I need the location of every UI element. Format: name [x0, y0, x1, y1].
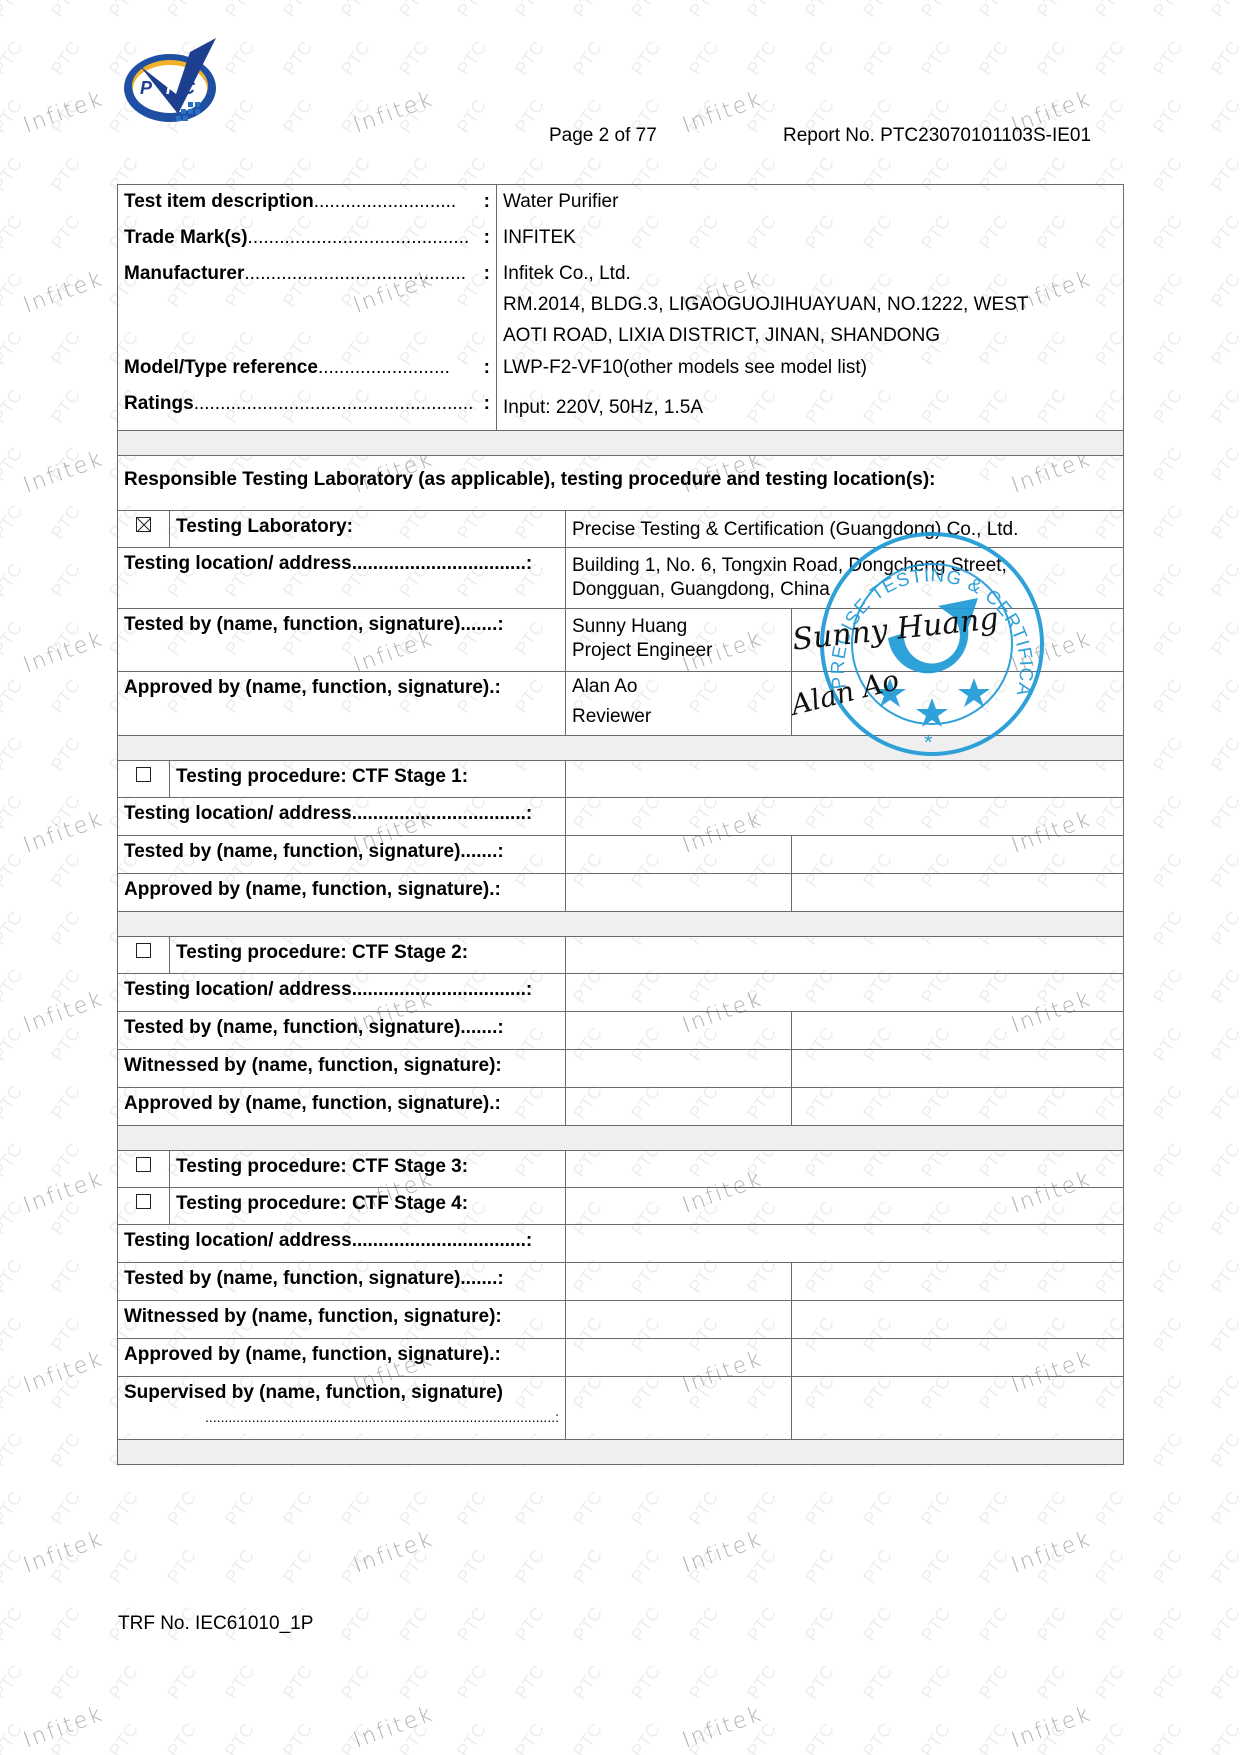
report-info-table: Test item description...................…: [117, 184, 1124, 1465]
watermark-ptc: PTC: [279, 1546, 317, 1588]
watermark-infitek: Infitek: [350, 87, 437, 139]
watermark-infitek: Infitek: [20, 87, 107, 139]
watermark-ptc: PTC: [1207, 850, 1241, 892]
svg-text:P: P: [140, 78, 153, 98]
ptc-logo: P T C: [120, 36, 228, 126]
ctf1-title-row: Testing procedure: CTF Stage 1:: [118, 760, 1123, 797]
watermark-ptc: PTC: [0, 966, 27, 1008]
testing-lab-checkbox[interactable]: [136, 517, 151, 532]
tested-by-function: Project Engineer: [572, 639, 785, 663]
watermark-ptc: PTC: [511, 1488, 549, 1530]
testing-lab-label: Testing Laboratory:: [169, 511, 565, 547]
watermark-ptc: PTC: [0, 1256, 27, 1298]
watermark-ptc: PTC: [917, 1488, 955, 1530]
approved-by-person: Alan Ao: [572, 672, 785, 702]
watermark-ptc: PTC: [1207, 502, 1241, 544]
trf-number: TRF No. IEC61010_1P: [118, 1613, 313, 1635]
ctf2-witnessed-label: Witnessed by (name, function, signature)…: [118, 1050, 565, 1087]
watermark-ptc: PTC: [47, 502, 85, 544]
label-trade-mark: Trade Mark(s)...........................…: [124, 226, 490, 262]
watermark-ptc: PTC: [685, 1604, 723, 1646]
watermark-ptc: PTC: [1149, 328, 1187, 370]
watermark-infitek: Infitek: [20, 1702, 107, 1754]
watermark-ptc: PTC: [627, 38, 665, 80]
watermark-ptc: PTC: [569, 1720, 607, 1755]
watermark-ptc: PTC: [1207, 734, 1241, 776]
watermark-ptc: PTC: [627, 0, 665, 21]
value-test-item: Water Purifier: [503, 190, 1117, 226]
watermark-ptc: PTC: [279, 38, 317, 80]
watermark-ptc: PTC: [1033, 1662, 1071, 1704]
watermark-ptc: PTC: [47, 966, 85, 1008]
watermark-ptc: PTC: [1149, 676, 1187, 718]
ctf1-tested-label: Tested by (name, function, signature)...…: [118, 836, 565, 873]
watermark-ptc: PTC: [1207, 96, 1241, 138]
watermark-ptc: PTC: [1207, 154, 1241, 196]
watermark-ptc: PTC: [801, 0, 839, 21]
watermark-ptc: PTC: [47, 96, 85, 138]
watermark-ptc: PTC: [453, 1604, 491, 1646]
ctf2-location-value: [565, 974, 1123, 1011]
watermark-ptc: PTC: [627, 1604, 665, 1646]
watermark-ptc: PTC: [569, 1662, 607, 1704]
watermark-ptc: PTC: [47, 154, 85, 196]
watermark-ptc: PTC: [0, 560, 27, 602]
ctf4-checkbox-cell: [118, 1188, 169, 1224]
watermark-ptc: PTC: [395, 1720, 433, 1755]
watermark-ptc: PTC: [975, 1662, 1013, 1704]
watermark-ptc: PTC: [1091, 38, 1129, 80]
watermark-ptc: PTC: [685, 96, 723, 138]
watermark-ptc: PTC: [221, 1720, 259, 1755]
ctf34-witnessed-signature: [791, 1301, 1123, 1338]
ctf34-tested-signature: [791, 1263, 1123, 1300]
watermark-ptc: PTC: [337, 96, 375, 138]
watermark-ptc: PTC: [511, 1604, 549, 1646]
item-info-labels: Test item description...................…: [118, 185, 496, 430]
watermark-ptc: PTC: [1033, 1604, 1071, 1646]
watermark-ptc: PTC: [337, 1662, 375, 1704]
watermark-ptc: PTC: [975, 38, 1013, 80]
watermark-ptc: PTC: [627, 1720, 665, 1755]
watermark-ptc: PTC: [917, 38, 955, 80]
ctf34-supervised-label: Supervised by (name, function, signature…: [118, 1377, 565, 1439]
watermark-ptc: PTC: [453, 1488, 491, 1530]
watermark-ptc: PTC: [1207, 618, 1241, 660]
item-info-values: Water Purifier INFITEK Infitek Co., Ltd.…: [496, 185, 1123, 430]
watermark-ptc: PTC: [47, 1372, 85, 1414]
watermark-ptc: PTC: [685, 1720, 723, 1755]
watermark-ptc: PTC: [685, 1488, 723, 1530]
watermark-ptc: PTC: [1033, 0, 1071, 21]
section-title: Responsible Testing Laboratory (as appli…: [118, 456, 1123, 510]
watermark-ptc: PTC: [0, 38, 27, 80]
ctf2-checkbox-cell: [118, 937, 169, 973]
testing-lab-checkbox-cell: [118, 511, 169, 547]
watermark-ptc: PTC: [743, 96, 781, 138]
watermark-ptc: PTC: [1091, 1604, 1129, 1646]
watermark-ptc: PTC: [1149, 618, 1187, 660]
watermark-ptc: PTC: [47, 560, 85, 602]
watermark-ptc: PTC: [801, 38, 839, 80]
watermark-ptc: PTC: [569, 1546, 607, 1588]
watermark-ptc: PTC: [279, 96, 317, 138]
ctf34-approved-label: Approved by (name, function, signature).…: [118, 1339, 565, 1376]
ctf1-approved-signature: [791, 874, 1123, 911]
label-model: Model/Type reference....................…: [124, 356, 490, 392]
watermark-ptc: PTC: [0, 1198, 27, 1240]
ctf34-approved-name: [565, 1339, 791, 1376]
watermark-ptc: PTC: [163, 1546, 201, 1588]
ctf2-checkbox[interactable]: [136, 943, 151, 958]
ctf1-tested-signature: [791, 836, 1123, 873]
tested-by-person: Sunny Huang: [572, 615, 785, 639]
watermark-ptc: PTC: [0, 386, 27, 428]
watermark-ptc: PTC: [453, 38, 491, 80]
ctf2-tested-signature: [791, 1012, 1123, 1049]
watermark-ptc: PTC: [1149, 96, 1187, 138]
watermark-ptc: PTC: [0, 850, 27, 892]
watermark-ptc: PTC: [1207, 1024, 1241, 1066]
watermark-ptc: PTC: [1207, 560, 1241, 602]
ctf34-location-row: Testing location/ address...............…: [118, 1224, 1123, 1262]
watermark-ptc: PTC: [1149, 386, 1187, 428]
watermark-ptc: PTC: [279, 1488, 317, 1530]
watermark-ptc: PTC: [337, 1720, 375, 1755]
watermark-ptc: PTC: [221, 1488, 259, 1530]
watermark-ptc: PTC: [395, 0, 433, 21]
watermark-ptc: PTC: [743, 1488, 781, 1530]
supervised-label-line1: Supervised by (name, function, signature…: [124, 1381, 559, 1405]
ctf34-location-label: Testing location/ address...............…: [118, 1225, 565, 1262]
watermark-infitek: Infitek: [20, 1347, 107, 1399]
watermark-ptc: PTC: [0, 618, 27, 660]
watermark-ptc: PTC: [47, 1662, 85, 1704]
spacer-row: [118, 911, 1123, 936]
watermark-ptc: PTC: [1149, 0, 1187, 21]
ctf1-approved-row: Approved by (name, function, signature).…: [118, 873, 1123, 911]
watermark-ptc: PTC: [105, 1662, 143, 1704]
watermark-ptc: PTC: [0, 1488, 27, 1530]
item-info-block: Test item description...................…: [118, 185, 1123, 430]
watermark-ptc: PTC: [0, 1604, 27, 1646]
watermark-ptc: PTC: [1207, 1256, 1241, 1298]
watermark-ptc: PTC: [0, 154, 27, 196]
watermark-ptc: PTC: [453, 96, 491, 138]
watermark-ptc: PTC: [1207, 38, 1241, 80]
ctf2-tested-name: [565, 1012, 791, 1049]
watermark-ptc: PTC: [105, 1720, 143, 1755]
watermark-ptc: PTC: [569, 0, 607, 21]
watermark-ptc: PTC: [337, 0, 375, 21]
label-ratings: Ratings.................................…: [124, 392, 490, 422]
watermark-ptc: PTC: [453, 1720, 491, 1755]
value-ratings: Input: 220V, 50Hz, 1.5A: [503, 392, 1117, 426]
ctf34-approved-row: Approved by (name, function, signature).…: [118, 1338, 1123, 1376]
ctf34-location-value: [565, 1225, 1123, 1262]
watermark-ptc: PTC: [453, 0, 491, 21]
watermark-ptc: PTC: [1091, 1488, 1129, 1530]
ctf34-tested-name: [565, 1263, 791, 1300]
watermark-ptc: PTC: [1033, 38, 1071, 80]
ctf34-witnessed-label: Witnessed by (name, function, signature)…: [118, 1301, 565, 1338]
watermark-infitek: Infitek: [20, 627, 107, 679]
watermark-ptc: PTC: [1149, 1256, 1187, 1298]
watermark-ptc: PTC: [47, 676, 85, 718]
watermark-ptc: PTC: [685, 1546, 723, 1588]
watermark-ptc: PTC: [1207, 1314, 1241, 1356]
watermark-ptc: PTC: [1207, 1430, 1241, 1472]
watermark-ptc: PTC: [279, 0, 317, 21]
watermark-ptc: PTC: [975, 1604, 1013, 1646]
watermark-ptc: PTC: [859, 1488, 897, 1530]
watermark-ptc: PTC: [1207, 1546, 1241, 1588]
ctf3-title: Testing procedure: CTF Stage 3:: [169, 1151, 565, 1187]
ctf2-title-row: Testing procedure: CTF Stage 2:: [118, 936, 1123, 973]
watermark-ptc: PTC: [511, 38, 549, 80]
ctf1-approved-name: [565, 874, 791, 911]
ctf2-approved-name: [565, 1088, 791, 1125]
watermark-ptc: PTC: [859, 1546, 897, 1588]
watermark-ptc: PTC: [1149, 1140, 1187, 1182]
watermark-ptc: PTC: [0, 1546, 27, 1588]
ctf4-title-row: Testing procedure: CTF Stage 4:: [118, 1187, 1123, 1224]
watermark-ptc: PTC: [1207, 1198, 1241, 1240]
watermark-ptc: PTC: [0, 1024, 27, 1066]
watermark-ptc: PTC: [47, 386, 85, 428]
watermark-ptc: PTC: [1149, 560, 1187, 602]
watermark-ptc: PTC: [801, 1720, 839, 1755]
watermark-ptc: PTC: [105, 0, 143, 21]
ctf34-tested-label: Tested by (name, function, signature)...…: [118, 1263, 565, 1300]
testing-lab-approved-label: Approved by (name, function, signature).…: [118, 672, 565, 735]
ctf2-approved-row: Approved by (name, function, signature).…: [118, 1087, 1123, 1125]
supervised-label-line2: ........................................…: [124, 1405, 559, 1429]
watermark-infitek: Infitek: [350, 1527, 437, 1579]
watermark-ptc: PTC: [163, 1488, 201, 1530]
watermark-ptc: PTC: [337, 38, 375, 80]
watermark-ptc: PTC: [743, 38, 781, 80]
watermark-ptc: PTC: [743, 1662, 781, 1704]
watermark-ptc: PTC: [1149, 38, 1187, 80]
watermark-ptc: PTC: [0, 328, 27, 370]
watermark-ptc: PTC: [975, 1488, 1013, 1530]
watermark-ptc: PTC: [0, 0, 27, 21]
spacer-row: [118, 430, 1123, 455]
watermark-ptc: PTC: [453, 1662, 491, 1704]
watermark-ptc: PTC: [47, 1256, 85, 1298]
watermark-ptc: PTC: [47, 212, 85, 254]
ctf1-location-value: [565, 798, 1123, 835]
watermark-ptc: PTC: [0, 270, 27, 312]
watermark-ptc: PTC: [453, 1546, 491, 1588]
watermark-ptc: PTC: [395, 1488, 433, 1530]
watermark-infitek: Infitek: [20, 447, 107, 499]
watermark-ptc: PTC: [0, 1720, 27, 1755]
watermark-ptc: PTC: [1207, 1488, 1241, 1530]
watermark-ptc: PTC: [511, 0, 549, 21]
ctf2-value: [565, 937, 1123, 973]
watermark-ptc: PTC: [0, 1430, 27, 1472]
watermark-ptc: PTC: [1149, 734, 1187, 776]
watermark-ptc: PTC: [917, 1662, 955, 1704]
watermark-infitek: Infitek: [20, 1527, 107, 1579]
ctf4-value: [565, 1188, 1123, 1224]
approved-by-function: Reviewer: [572, 702, 785, 732]
watermark-ptc: PTC: [221, 1662, 259, 1704]
watermark-ptc: PTC: [859, 38, 897, 80]
watermark-ptc: PTC: [395, 1662, 433, 1704]
watermark-ptc: PTC: [859, 1604, 897, 1646]
watermark-ptc: PTC: [801, 1488, 839, 1530]
watermark-ptc: PTC: [395, 1604, 433, 1646]
ctf34-approved-signature: [791, 1339, 1123, 1376]
testing-lab-location-label: Testing location/ address...............…: [118, 548, 565, 608]
watermark-ptc: PTC: [1149, 270, 1187, 312]
ctf1-checkbox-cell: [118, 761, 169, 797]
watermark-ptc: PTC: [917, 1546, 955, 1588]
watermark-ptc: PTC: [0, 676, 27, 718]
watermark-ptc: PTC: [801, 1662, 839, 1704]
watermark-ptc: PTC: [221, 1546, 259, 1588]
ctf2-tested-row: Tested by (name, function, signature)...…: [118, 1011, 1123, 1049]
watermark-ptc: PTC: [1149, 1604, 1187, 1646]
watermark-ptc: PTC: [1149, 1488, 1187, 1530]
watermark-ptc: PTC: [0, 792, 27, 834]
watermark-ptc: PTC: [1149, 1314, 1187, 1356]
ctf2-witnessed-signature: [791, 1050, 1123, 1087]
watermark-ptc: PTC: [627, 1662, 665, 1704]
watermark-ptc: PTC: [1033, 1546, 1071, 1588]
watermark-ptc: PTC: [0, 734, 27, 776]
manufacturer-address-line1: RM.2014, BLDG.3, LIGAOGUOJIHUAYUAN, NO.1…: [503, 293, 1117, 324]
watermark-ptc: PTC: [47, 1198, 85, 1240]
watermark-ptc: PTC: [163, 0, 201, 21]
ctf2-tested-label: Tested by (name, function, signature)...…: [118, 1012, 565, 1049]
svg-text:C: C: [182, 78, 196, 98]
watermark-ptc: PTC: [47, 618, 85, 660]
watermark-ptc: PTC: [47, 1430, 85, 1472]
label-test-item: Test item description...................…: [124, 190, 490, 226]
watermark-ptc: PTC: [801, 1604, 839, 1646]
watermark-ptc: PTC: [47, 908, 85, 950]
watermark-ptc: PTC: [0, 908, 27, 950]
watermark-ptc: PTC: [0, 96, 27, 138]
watermark-ptc: PTC: [1091, 96, 1129, 138]
watermark-ptc: PTC: [1033, 1720, 1071, 1755]
spacer-row: [118, 1439, 1123, 1464]
watermark-ptc: PTC: [1091, 1720, 1129, 1755]
watermark-ptc: PTC: [1149, 792, 1187, 834]
ctf3-checkbox[interactable]: [136, 1157, 151, 1172]
watermark-ptc: PTC: [917, 1720, 955, 1755]
watermark-ptc: PTC: [0, 502, 27, 544]
manufacturer-address-line2: AOTI ROAD, LIXIA DISTRICT, JINAN, SHANDO…: [503, 324, 1117, 355]
watermark-ptc: PTC: [279, 1720, 317, 1755]
watermark-ptc: PTC: [511, 1546, 549, 1588]
watermark-infitek: Infitek: [20, 807, 107, 859]
watermark-ptc: PTC: [337, 1546, 375, 1588]
watermark-ptc: PTC: [47, 444, 85, 486]
watermark-ptc: PTC: [221, 0, 259, 21]
page-indicator: Page 2 of 77: [549, 125, 657, 147]
ctf2-approved-label: Approved by (name, function, signature).…: [118, 1088, 565, 1125]
watermark-ptc: PTC: [1149, 1024, 1187, 1066]
watermark-ptc: PTC: [0, 1082, 27, 1124]
watermark-ptc: PTC: [395, 38, 433, 80]
testing-lab-tested-label: Tested by (name, function, signature)...…: [118, 609, 565, 671]
watermark-ptc: PTC: [1207, 1140, 1241, 1182]
watermark-ptc: PTC: [859, 1720, 897, 1755]
manufacturer-name: Infitek Co., Ltd.: [503, 262, 1117, 293]
watermark-infitek: Infitek: [679, 1527, 766, 1579]
watermark-ptc: PTC: [1149, 1198, 1187, 1240]
watermark-ptc: PTC: [47, 328, 85, 370]
watermark-ptc: PTC: [801, 1546, 839, 1588]
watermark-ptc: PTC: [1207, 792, 1241, 834]
watermark-ptc: PTC: [337, 1604, 375, 1646]
watermark-ptc: PTC: [743, 1546, 781, 1588]
ctf4-checkbox[interactable]: [136, 1194, 151, 1209]
value-trade-mark: INFITEK: [503, 226, 1117, 262]
label-manufacturer: Manufacturer............................…: [124, 262, 490, 356]
watermark-ptc: PTC: [569, 1604, 607, 1646]
watermark-ptc: PTC: [1207, 212, 1241, 254]
watermark-ptc: PTC: [1149, 1372, 1187, 1414]
watermark-ptc: PTC: [859, 0, 897, 21]
watermark-ptc: PTC: [47, 0, 85, 21]
watermark-ptc: PTC: [105, 1488, 143, 1530]
watermark-ptc: PTC: [1149, 1720, 1187, 1755]
watermark-ptc: PTC: [47, 1720, 85, 1755]
watermark-ptc: PTC: [163, 1720, 201, 1755]
watermark-infitek: Infitek: [350, 1702, 437, 1754]
watermark-ptc: PTC: [1207, 270, 1241, 312]
ctf1-checkbox[interactable]: [136, 767, 151, 782]
watermark-infitek: Infitek: [1008, 1702, 1095, 1754]
watermark-ptc: PTC: [47, 734, 85, 776]
watermark-ptc: PTC: [975, 0, 1013, 21]
ctf34-supervised-signature: [791, 1377, 1123, 1439]
spacer-row: [118, 1125, 1123, 1150]
watermark-infitek: Infitek: [679, 1702, 766, 1754]
watermark-ptc: PTC: [1207, 328, 1241, 370]
watermark-ptc: PTC: [917, 1604, 955, 1646]
ctf34-tested-row: Tested by (name, function, signature)...…: [118, 1262, 1123, 1300]
ctf34-supervised-row: Supervised by (name, function, signature…: [118, 1376, 1123, 1439]
ctf2-witnessed-row: Witnessed by (name, function, signature)…: [118, 1049, 1123, 1087]
watermark-ptc: PTC: [975, 1720, 1013, 1755]
ctf4-title: Testing procedure: CTF Stage 4:: [169, 1188, 565, 1224]
watermark-ptc: PTC: [1149, 966, 1187, 1008]
watermark-ptc: PTC: [0, 1372, 27, 1414]
report-number: Report No. PTC23070101103S-IE01: [783, 125, 1091, 147]
watermark-ptc: PTC: [1207, 0, 1241, 21]
watermark-ptc: PTC: [685, 0, 723, 21]
watermark-ptc: PTC: [511, 1720, 549, 1755]
watermark-ptc: PTC: [47, 850, 85, 892]
watermark-ptc: PTC: [1149, 154, 1187, 196]
watermark-infitek: Infitek: [679, 87, 766, 139]
watermark-infitek: Infitek: [20, 267, 107, 319]
watermark-infitek: Infitek: [20, 987, 107, 1039]
watermark-ptc: PTC: [1207, 1372, 1241, 1414]
ctf34-witnessed-row: Witnessed by (name, function, signature)…: [118, 1300, 1123, 1338]
ctf1-title: Testing procedure: CTF Stage 1:: [169, 761, 565, 797]
watermark-ptc: PTC: [0, 212, 27, 254]
watermark-ptc: PTC: [1149, 1546, 1187, 1588]
watermark-ptc: PTC: [1091, 1546, 1129, 1588]
